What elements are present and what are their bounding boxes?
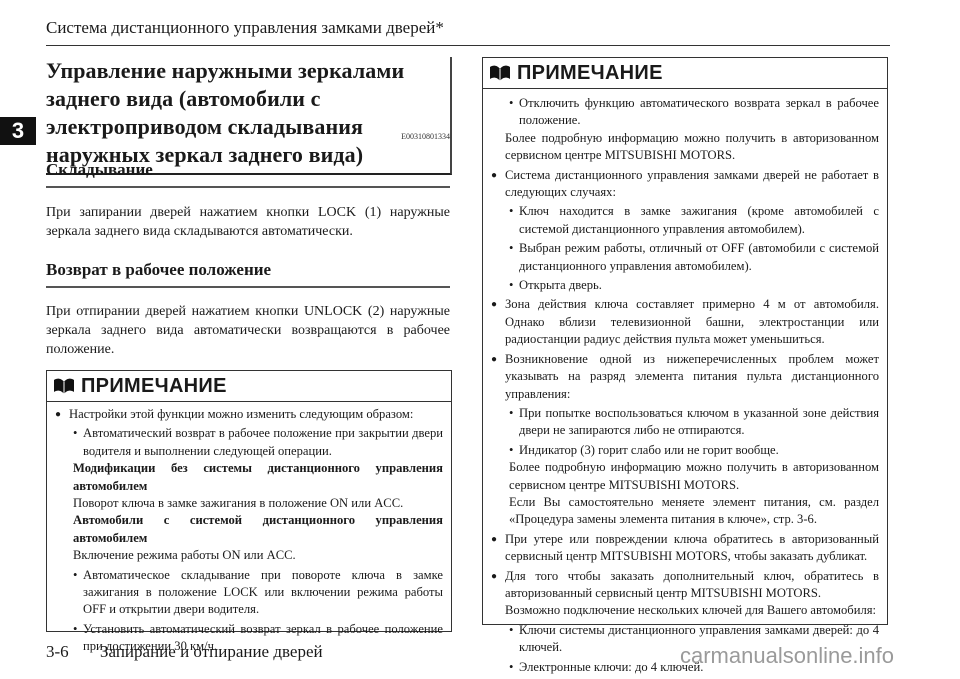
note-header: ПРИМЕЧАНИЕ [47,371,451,402]
note-label: ПРИМЕЧАНИЕ [517,62,663,85]
chapter-tab: 3 [0,117,36,145]
doc-code: E00310801334 [340,132,450,141]
note-bullet: Возникновение одной из нижеперечисленных… [491,351,879,403]
note-body: Отключить функцию автоматического возвра… [483,89,887,679]
note-subbullet: Выбран режим работы, отличный от OFF (ав… [491,240,879,275]
note-body: Настройки этой функции можно изменить сл… [47,402,451,662]
note-text: Более подробную информацию можно получит… [491,459,879,494]
page-title: Управление наружными зеркалами заднего в… [46,57,450,169]
note-subbullet: Индикатор (3) горит слабо или не горит в… [491,442,879,459]
subsection-folding-title: Складывание [46,160,450,188]
watermark: carmanualsonline.info [680,643,894,669]
note-bullet: Система дистанционного управления замкам… [491,167,879,202]
note-text: Включение режима работы ON или ACC. [55,547,443,564]
open-book-icon [53,377,75,395]
note-subbullet: Открыта дверь. [491,277,879,294]
note-bullet: При утере или повреждении ключа обратите… [491,531,879,566]
footer-section-title: Запирание и отпирание дверей [100,642,323,662]
note-subheading: Автомобили с системой дистанционного упр… [55,512,443,547]
subsection-return-text: При отпирании дверей нажатием кнопки UNL… [46,302,450,359]
note-bullet: Для того чтобы заказать дополнительный к… [491,568,879,603]
note-bullet: Настройки этой функции можно изменить сл… [55,406,443,423]
subsection-return-title: Возврат в рабочее положение [46,260,450,288]
note-box-left: ПРИМЕЧАНИЕ Настройки этой функции можно … [46,370,452,632]
note-label: ПРИМЕЧАНИЕ [81,375,227,398]
subsection-folding-text: При запирании дверей нажатием кнопки LOC… [46,203,450,241]
note-subbullet: Отключить функцию автоматического возвра… [491,95,879,130]
footer-page-number: 3-6 [46,642,69,662]
note-text: Если Вы самостоятельно меняете элемент п… [491,494,879,529]
note-bullet: Зона действия ключа составляет примерно … [491,296,879,348]
open-book-icon [489,64,511,82]
note-subbullet: Автоматическое складывание при повороте … [55,567,443,619]
note-box-right: ПРИМЕЧАНИЕ Отключить функцию автоматичес… [482,57,888,625]
note-text: Возможно подключение нескольких ключей д… [491,602,879,619]
note-subbullet: Ключ находится в замке зажигания (кроме … [491,203,879,238]
running-head: Система дистанционного управления замкам… [46,18,444,38]
note-text: Более подробную информацию можно получит… [491,130,879,165]
header-rule [46,45,890,46]
note-subbullet: Автоматический возврат в рабочее положен… [55,425,443,460]
note-text: Поворот ключа в замке зажигания в положе… [55,495,443,512]
note-header: ПРИМЕЧАНИЕ [483,58,887,89]
section-title-box: Управление наружными зеркалами заднего в… [46,57,452,175]
note-subbullet: При попытке воспользоваться ключом в ука… [491,405,879,440]
note-subheading: Модификации без системы дистанционного у… [55,460,443,495]
